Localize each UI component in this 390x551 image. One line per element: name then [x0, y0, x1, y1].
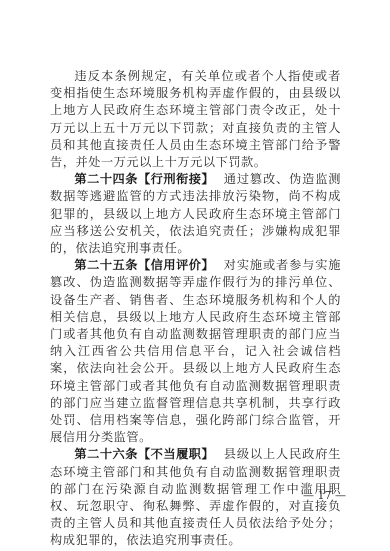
article-text: 对实施或者参与实施篡改、伪造监测数据等弄虚作假行为的排污单位、设备生产者、销售者…	[50, 258, 341, 444]
page-number: — 17 —	[303, 489, 343, 502]
article-text: 违反本条例规定，有关单位或者个人指使或者变相指使生态环境服务机构弄虚作假的，由县…	[50, 69, 341, 169]
paragraph-penalty-continuation: 违反本条例规定，有关单位或者个人指使或者变相指使生态环境服务机构弄虚作假的，由县…	[50, 68, 341, 171]
paragraph-article-24: 第二十四条【行刑衔接】 通过篡改、伪造监测数据等逃避监管的方式违法排放污染物，尚…	[50, 171, 341, 257]
document-page: 违反本条例规定，有关单位或者个人指使或者变相指使生态环境服务机构弄虚作假的，由县…	[0, 0, 390, 551]
article-heading: 第二十五条【信用评价】	[74, 258, 214, 272]
article-text: 县级以上人民政府生态环境主管部门和其他负有自动监测数据管理职责的部门在污染源自动…	[50, 447, 341, 547]
paragraph-article-25: 第二十五条【信用评价】 对实施或者参与实施篡改、伪造监测数据等弄虚作假行为的排污…	[50, 257, 341, 446]
article-heading: 第二十四条【行刑衔接】	[74, 172, 214, 186]
article-heading: 第二十六条【不当履职】	[74, 447, 214, 461]
document-body: 违反本条例规定，有关单位或者个人指使或者变相指使生态环境服务机构弄虚作假的，由县…	[50, 68, 341, 550]
paragraph-article-26: 第二十六条【不当履职】 县级以上人民政府生态环境主管部门和其他负有自动监测数据管…	[50, 446, 341, 549]
